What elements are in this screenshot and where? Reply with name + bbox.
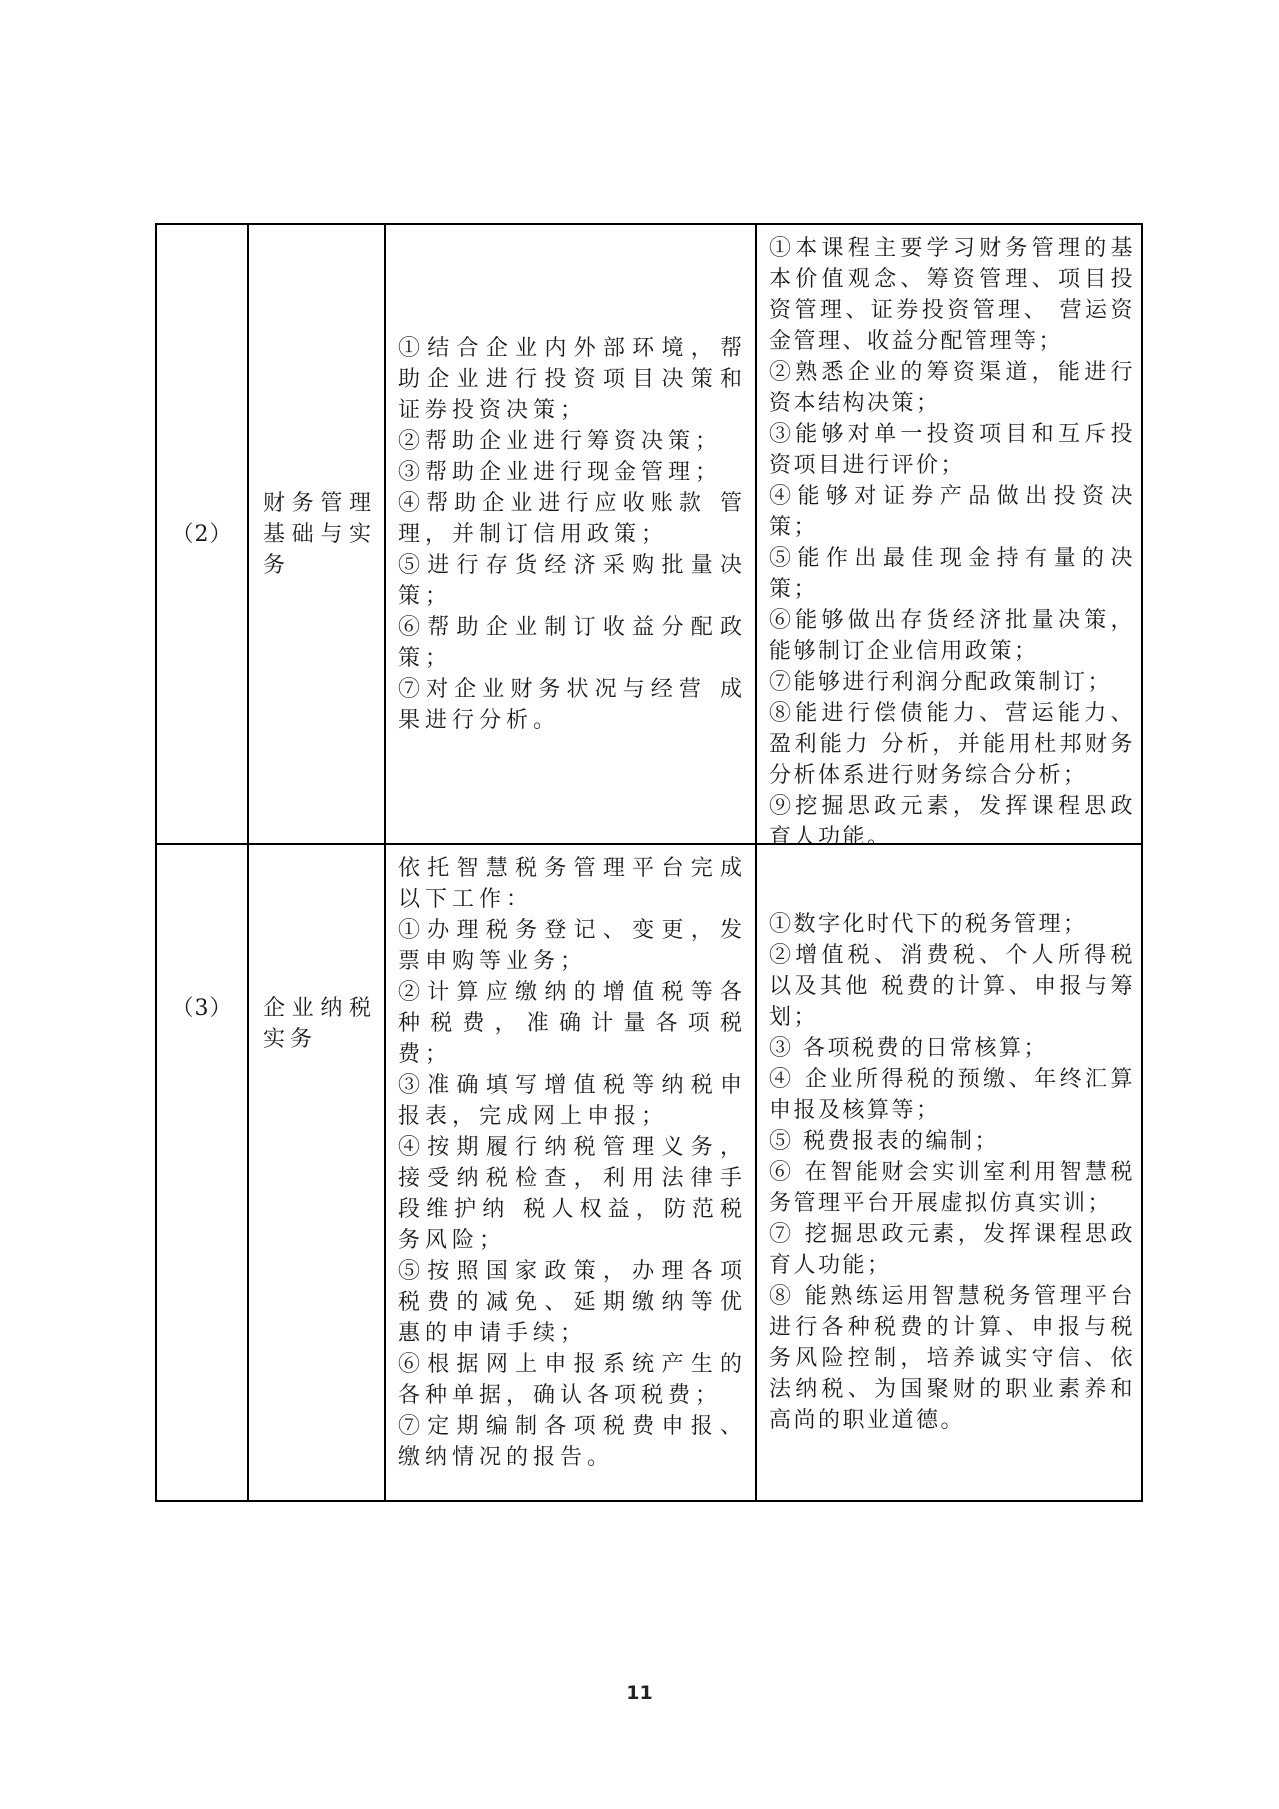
row-index-cell: （3） (157, 845, 249, 1502)
outcome-item: ⑥能够做出存货经济批量决策，能够制订企业信用政策； (769, 605, 1135, 667)
task-item: ⑥根据网上申报系统产生的各种单据，确认各项税费； (398, 1349, 747, 1411)
tasks-intro: 依托智慧税务管理平台完成以下工作： (398, 853, 747, 915)
outcomes-cell: ①数字化时代下的税务管理；②增值税、消费税、个人所得税以及其他 税费的计算、申报… (757, 845, 1143, 1502)
outcome-item: ①本课程主要学习财务管理的基本价值观念、筹资管理、项目投资管理、证券投资管理、 … (769, 233, 1135, 357)
outcome-item: ⑧能进行偿债能力、营运能力、盈利能力 分析，并能用杜邦财务分析体系进行财务综合分… (769, 698, 1135, 791)
tasks-cell: ①结合企业内外部环境，帮助企业进行投资项目决策和证券投资决策；②帮助企业进行筹资… (386, 225, 757, 845)
course-name: 财务管理基础与实务 (263, 488, 376, 581)
outcome-item: ⑥ 在智能财会实训室利用智慧税务管理平台开展虚拟仿真实训； (769, 1157, 1135, 1219)
outcome-item: ③ 各项税费的日常核算； (769, 1033, 1135, 1064)
task-item: ⑦对企业财务状况与经营 成果进行分析。 (398, 674, 747, 736)
outcome-item: ④能够对证券产品做出投资决策； (769, 481, 1135, 543)
course-name-cell: 企业纳税实务 (249, 845, 386, 1502)
outcome-item: ①数字化时代下的税务管理； (769, 909, 1135, 940)
task-item: ③帮助企业进行现金管理； (398, 457, 747, 488)
task-item: ⑤进行存货经济采购批量决策； (398, 550, 747, 612)
task-item: ②帮助企业进行筹资决策； (398, 426, 747, 457)
outcome-item: ②增值税、消费税、个人所得税以及其他 税费的计算、申报与筹划； (769, 940, 1135, 1033)
task-item: ⑦定期编制各项税费申报、缴纳情况的报告。 (398, 1411, 747, 1473)
task-item: ②计算应缴纳的增值税等各种税费，准确计量各项税费； (398, 977, 747, 1070)
outcome-item: ⑨挖掘思政元素，发挥课程思政育人功能。 (769, 791, 1135, 845)
outcome-item: ⑦能够进行利润分配政策制订； (769, 667, 1135, 698)
task-item: ④按期履行纳税管理义务，接受纳税检查，利用法律手段维护纳 税人权益，防范税务风险… (398, 1132, 747, 1256)
course-name-cell: 财务管理基础与实务 (249, 225, 386, 845)
task-item: ⑤按照国家政策，办理各项税费的减免、延期缴纳等优惠的申请手续； (398, 1256, 747, 1349)
outcome-item: ⑤ 税费报表的编制； (769, 1126, 1135, 1157)
tasks-cell: 依托智慧税务管理平台完成以下工作：①办理税务登记、变更，发票申购等业务；②计算应… (386, 845, 757, 1502)
outcome-item: ⑤能作出最佳现金持有量的决策； (769, 543, 1135, 605)
outcome-item: ③能够对单一投资项目和互斥投资项目进行评价； (769, 419, 1135, 481)
outcomes-cell: ①本课程主要学习财务管理的基本价值观念、筹资管理、项目投资管理、证券投资管理、 … (757, 225, 1143, 845)
task-item: ⑥帮助企业制订收益分配政策； (398, 612, 747, 674)
task-item: ①结合企业内外部环境，帮助企业进行投资项目决策和证券投资决策； (398, 333, 747, 426)
course-name: 企业纳税实务 (263, 993, 376, 1055)
outcome-item: ⑧ 能熟练运用智慧税务管理平台进行各种税费的计算、申报与税务风险控制，培养诚实守… (769, 1281, 1135, 1436)
outcome-item: ④ 企业所得税的预缴、年终汇算申报及核算等； (769, 1064, 1135, 1126)
page-number: 11 (0, 1682, 1279, 1704)
task-item: ①办理税务登记、变更，发票申购等业务； (398, 915, 747, 977)
task-item: ③准确填写增值税等纳税申报表，完成网上申报； (398, 1070, 747, 1132)
row-index-label: （3） (172, 993, 233, 1024)
row-index-cell: （2） (157, 225, 249, 845)
outcome-item: ②熟悉企业的筹资渠道，能进行资本结构决策； (769, 357, 1135, 419)
outcome-item: ⑦ 挖掘思政元素，发挥课程思政育人功能； (769, 1219, 1135, 1281)
task-item: ④帮助企业进行应收账款 管理，并制订信用政策； (398, 488, 747, 550)
document-page: （2）财务管理基础与实务①结合企业内外部环境，帮助企业进行投资项目决策和证券投资… (0, 0, 1279, 1809)
row-index-label: （2） (172, 519, 233, 550)
course-table: （2）财务管理基础与实务①结合企业内外部环境，帮助企业进行投资项目决策和证券投资… (155, 223, 1143, 1502)
